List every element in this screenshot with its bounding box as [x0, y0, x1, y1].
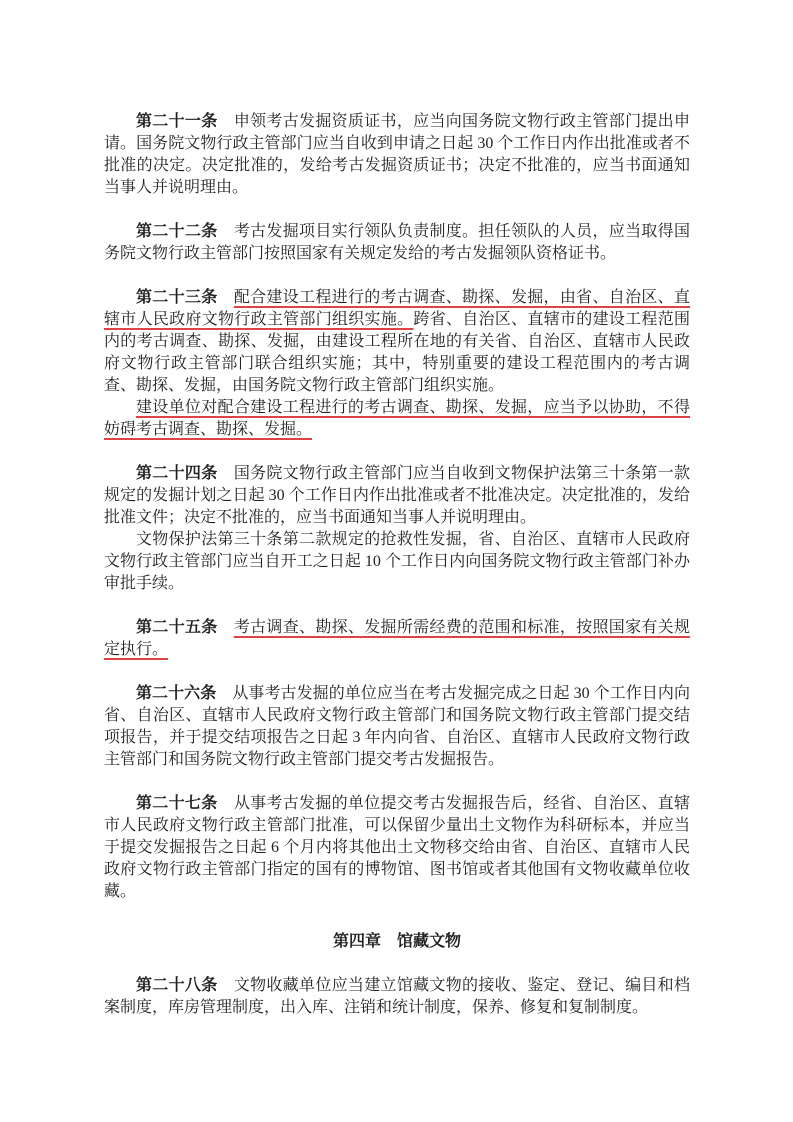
document-content: 第二十一条 申领考古发掘资质证书，应当向国务院文物行政主管部门提出申请。国务院文… [104, 111, 690, 1019]
article-24-paragraph-1: 第二十四条 国务院文物行政主管部门应当自收到文物保护法第三十条第一款规定的发掘计… [104, 463, 690, 529]
article-number: 第四章 馆藏文物 [333, 933, 461, 950]
article-25-paragraph: 第二十五条 考古调查、勘探、发掘所需经费的范围和标准，按照国家有关规定执行。 [104, 617, 690, 661]
article-22-paragraph: 第二十二条 考古发掘项目实行领队负责制度。担任领队的人员，应当取得国务院文物行政… [104, 221, 690, 265]
article-number: 第二十七条 [136, 795, 218, 812]
article-26-paragraph: 第二十六条 从事考古发掘的单位应当在考古发掘完成之日起 30 个工作日内向省、自… [104, 683, 690, 771]
text-segment: 文物保护法第三十条第二款规定的抢救性发掘，省、自治区、直辖市人民政府文物行政主管… [104, 531, 690, 592]
chapter-4-heading: 第四章 馆藏文物 [104, 931, 690, 953]
article-number: 第二十三条 [136, 289, 218, 306]
article-number: 第二十八条 [136, 977, 218, 994]
document-page: 第二十一条 申领考古发掘资质证书，应当向国务院文物行政主管部门提出申请。国务院文… [0, 0, 793, 1122]
article-number: 第二十一条 [136, 113, 218, 130]
text-segment [218, 619, 234, 636]
article-23-paragraph-1: 第二十三条 配合建设工程进行的考古调查、勘探、发掘，由省、自治区、直辖市人民政府… [104, 287, 690, 397]
article-number: 第二十二条 [136, 223, 218, 240]
article-23-paragraph-2: 建设单位对配合建设工程进行的考古调查、勘探、发掘，应当予以协助，不得妨碍考古调查… [104, 397, 690, 441]
article-number: 第二十六条 [136, 685, 216, 702]
text-segment [218, 289, 234, 306]
article-27-paragraph: 第二十七条 从事考古发掘的单位提交考古发掘报告后，经省、自治区、直辖市人民政府文… [104, 793, 690, 903]
article-number: 第二十五条 [136, 619, 218, 636]
article-28-paragraph: 第二十八条 文物收藏单位应当建立馆藏文物的接收、鉴定、登记、编目和档案制度，库房… [104, 975, 690, 1019]
article-24-paragraph-2: 文物保护法第三十条第二款规定的抢救性发掘，省、自治区、直辖市人民政府文物行政主管… [104, 529, 690, 595]
article-21-paragraph: 第二十一条 申领考古发掘资质证书，应当向国务院文物行政主管部门提出申请。国务院文… [104, 111, 690, 199]
article-number: 第二十四条 [136, 465, 218, 482]
underlined-text: 建设单位对配合建设工程进行的考古调查、勘探、发掘，应当予以协助，不得妨碍考古调查… [104, 399, 690, 438]
